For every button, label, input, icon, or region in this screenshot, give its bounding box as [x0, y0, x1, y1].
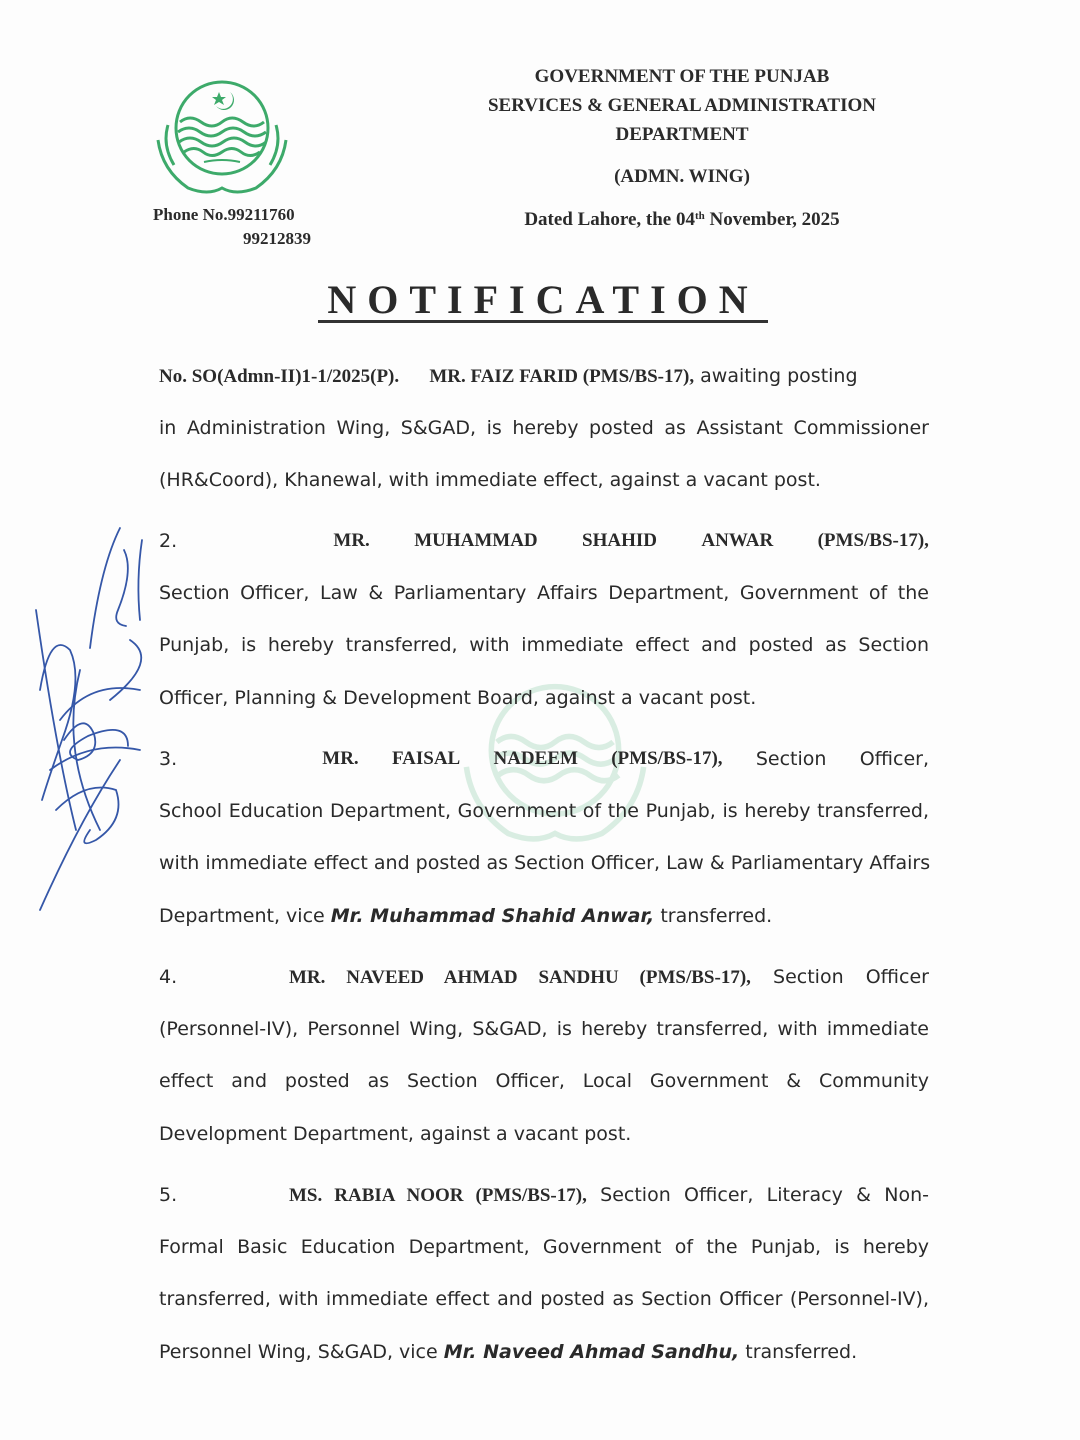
title-underline	[318, 320, 768, 323]
government-heading: GOVERNMENT OF THE PUNJAB	[440, 66, 924, 88]
date-line: Dated Lahore, the 04th November, 2025	[440, 209, 924, 231]
vice-officer-name: Mr. Naveed Ahmad Sandhu,	[444, 1341, 739, 1363]
page-title: NOTIFICATION	[300, 276, 786, 323]
wing-label: (ADMN. WING)	[440, 166, 924, 188]
officer-name: MR. FAIZ FARID (PMS/BS-17),	[429, 366, 694, 387]
paragraph-number: 3.	[159, 744, 289, 774]
reference-number: No. SO(Admn-II)1-1/2025(P).	[159, 366, 399, 387]
paragraph-number: 5.	[159, 1180, 289, 1210]
signature-icon	[20, 520, 170, 920]
punjab-emblem-icon	[152, 70, 292, 200]
paragraph-number: 4.	[159, 962, 289, 992]
department-heading-cont: DEPARTMENT	[440, 124, 924, 146]
phone-number: Phone No.99211760	[153, 205, 295, 225]
paragraph-number: 2.	[159, 526, 289, 556]
phone-number-alt: 99212839	[243, 229, 311, 249]
department-heading: SERVICES & GENERAL ADMINISTRATION	[440, 95, 924, 117]
vice-officer-name: Mr. Muhammad Shahid Anwar,	[331, 905, 655, 927]
